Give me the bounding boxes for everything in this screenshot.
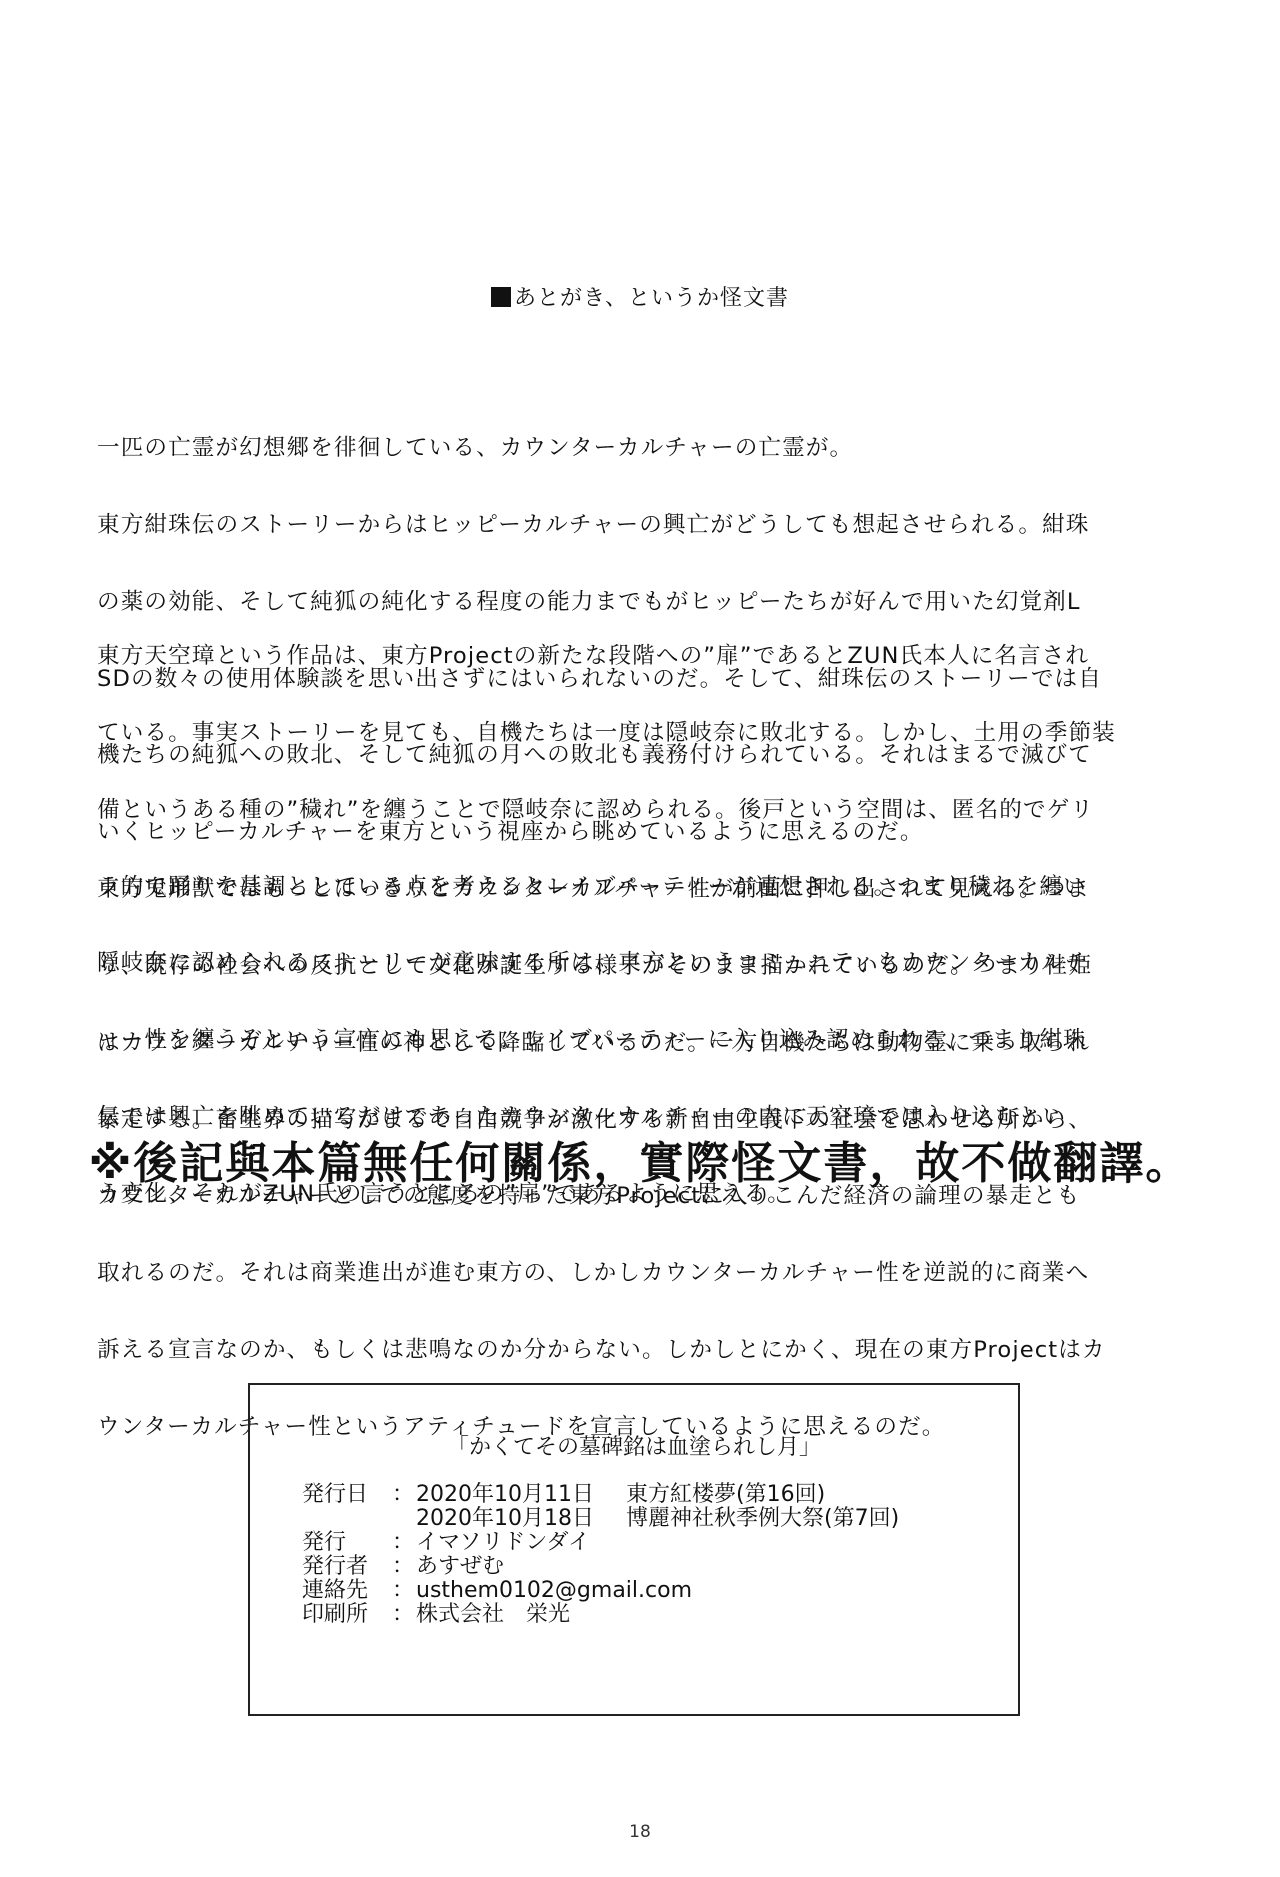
text-line: はカウンターカルチャー性の神として降臨しているのだ。一方自機たちは動物霊に乗っ取… <box>97 1031 1169 1057</box>
colophon-row-publish-date: 発行日 ： 2020年10月11日 東方紅楼夢(第16回) <box>302 1483 899 1507</box>
row-value: 2020年10月18日 <box>416 1507 626 1531</box>
contact-email: usthem0102@gmail.com <box>416 1579 692 1603</box>
text-line: 訴える宣言なのか、もしくは悲鳴なのか分からない。しかしとにかく、現在の東方Pro… <box>97 1338 1169 1364</box>
row-separator: ： <box>390 1483 416 1507</box>
afterword-heading: あとがき、というか怪文書 <box>0 283 1280 315</box>
row-value: 株式会社 栄光 <box>416 1603 626 1627</box>
row-separator: ： <box>390 1603 416 1627</box>
text-line: 一匹の亡霊が幻想郷を徘徊している、カウンターカルチャーの亡霊が。 <box>97 436 1169 462</box>
document-page: あとがき、というか怪文書 一匹の亡霊が幻想郷を徘徊している、カウンターカルチャー… <box>0 0 1280 1877</box>
row-value: あすぜむ <box>416 1555 626 1579</box>
row-key: 発行者 <box>302 1555 390 1579</box>
row-key <box>302 1507 390 1531</box>
translator-note: ※後記與本篇無任何關係，實際怪文書，故不做翻譯。 <box>0 1132 1280 1196</box>
text-line: 東方天空璋という作品は、東方Projectの新たな段階への”扉”であるとZUN氏… <box>97 644 1169 670</box>
colophon-row-printer: 印刷所 ： 株式会社 栄光 <box>302 1603 899 1627</box>
text-line: 取れるのだ。それは商業進出が進む東方の、しかしカウンターカルチャー性を逆説的に商… <box>97 1261 1169 1287</box>
colophon-row-contact: 連絡先 ： usthem0102@gmail.com <box>302 1579 899 1603</box>
row-key: 連絡先 <box>302 1579 390 1603</box>
colophon-row-publisher: 発行者 ： あすぜむ <box>302 1555 899 1579</box>
page-number: 18 <box>0 1822 1280 1842</box>
row-separator: ： <box>390 1555 416 1579</box>
text-line: 備というある種の”穢れ”を纏うことで隠岐奈に認められる。後戸という空間は、匿名的… <box>97 798 1169 824</box>
book-title: 「かくてその墓碑銘は血塗られし月」 <box>250 1433 1018 1463</box>
text-line: 東方紺珠伝のストーリーからはヒッピーカルチャーの興亡がどうしても想起させられる。… <box>97 513 1169 539</box>
text-line: 暴走する。畜生界の描写がまるで自由競争が激化する新自由主義下の社会を思わせる所か… <box>97 1108 1169 1134</box>
text-line: ている。事実ストーリーを見ても、自機たちは一度は隠岐奈に敗北する。しかし、土用の… <box>97 721 1169 747</box>
row-key: 発行日 <box>302 1483 390 1507</box>
text-line: り、既存の社会への反抗として文化が誕生する様子がそのまま描かれているのだ。つまり… <box>97 954 1169 980</box>
row-separator: ： <box>390 1531 416 1555</box>
row-event: 博麗神社秋季例大祭(第7回) <box>626 1507 899 1531</box>
row-separator: ： <box>390 1579 416 1603</box>
afterword-title: あとがき、というか怪文書 <box>514 286 789 311</box>
row-value: 2020年10月11日 <box>416 1483 626 1507</box>
colophon-box: 「かくてその墓碑銘は血塗られし月」 発行日 ： 2020年10月11日 東方紅楼… <box>248 1383 1020 1716</box>
row-key: 発行 <box>302 1531 390 1555</box>
colophon-row-publish-date-2: 2020年10月18日 博麗神社秋季例大祭(第7回) <box>302 1507 899 1531</box>
row-value: イマソリドンダイ <box>416 1531 626 1555</box>
text-line: 東方鬼形獣ではもっとはっきりとカウンターカルチャー性が前面に押し出されて見える。… <box>97 877 1169 903</box>
black-square-icon <box>491 287 511 307</box>
colophon-row-circle: 発行 ： イマソリドンダイ <box>302 1531 899 1555</box>
row-separator <box>390 1507 416 1531</box>
colophon-rows: 発行日 ： 2020年10月11日 東方紅楼夢(第16回) 2020年10月18… <box>302 1483 899 1627</box>
row-event: 東方紅楼夢(第16回) <box>626 1483 825 1507</box>
row-key: 印刷所 <box>302 1603 390 1627</box>
